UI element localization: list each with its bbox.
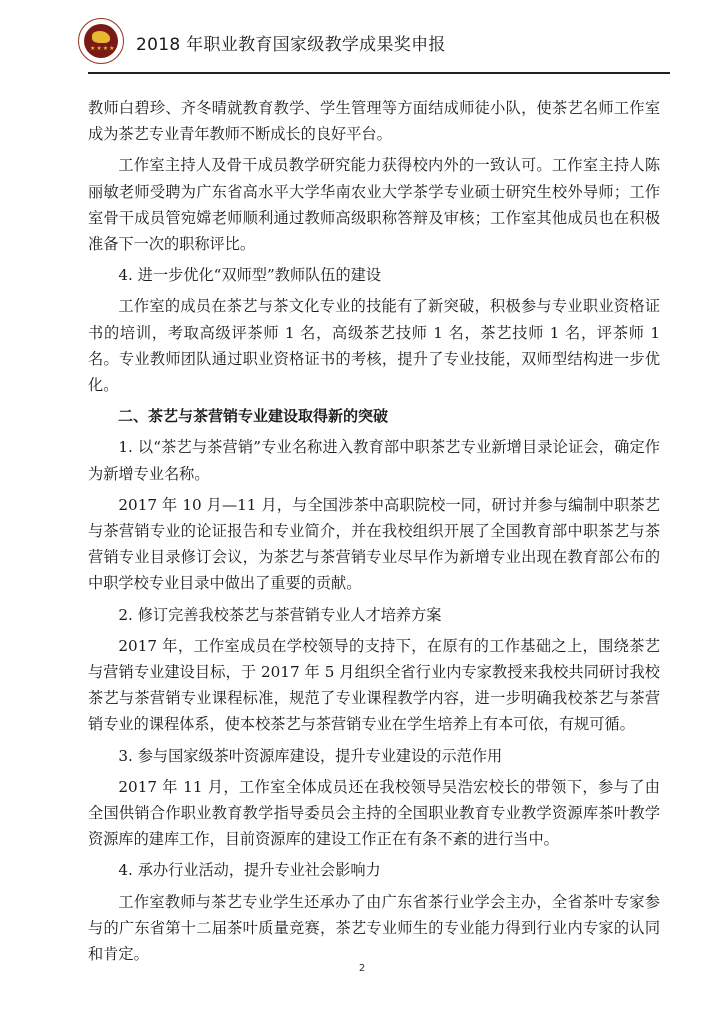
emblem-disc: ★★★★ [84,24,118,58]
subheading: 4. 承办行业活动，提升专业社会影响力 [88,857,660,883]
header-divider [88,72,670,74]
page-header: ★★★★ 2018 年职业教育国家级教学成果奖申报 [78,18,668,74]
paragraph-continuation: 教师白碧珍、齐冬晴就教育教学、学生管理等方面结成师徒小队，使茶艺名师工作室成为茶… [88,95,660,147]
document-title: 2018 年职业教育国家级教学成果奖申报 [136,30,446,55]
paragraph: 2017 年 11 月，工作室全体成员还在我校领导吴浩宏校长的带领下，参与了由全… [88,774,660,853]
subheading: 3. 参与国家级茶叶资源库建设，提升专业建设的示范作用 [88,743,660,769]
paragraph: 2017 年，工作室成员在学校领导的支持下，在原有的工作基础之上，围绕茶艺与营销… [88,633,660,738]
paragraph: 工作室的成员在茶艺与茶文化专业的技能有了新突破，积极参与专业职业资格证书的培训，… [88,293,660,398]
paragraph: 2017 年 10 月—11 月，与全国涉茶中高职院校一同，研讨并参与编制中职茶… [88,492,660,597]
paragraph: 工作室主持人及骨干成员教学研究能力获得校内外的一致认可。工作室主持人陈丽敏老师受… [88,152,660,257]
page-number: 2 [0,963,724,974]
subheading: 2. 修订完善我校茶艺与茶营销专业人才培养方案 [88,602,660,628]
stars-icon: ★★★★ [90,45,116,52]
subheading: 1. 以“茶艺与茶营销”专业名称进入教育部中职茶艺专业新增目录论证会，确定作为新… [88,434,660,486]
subheading: 4. 进一步优化“双师型”教师队伍的建设 [88,262,660,288]
horse-icon [92,31,110,43]
section-heading: 二、茶艺与茶营销专业建设取得新的突破 [88,403,660,429]
paragraph: 工作室教师与茶艺专业学生还承办了由广东省茶行业学会主办，全省茶叶专家参与的广东省… [88,889,660,968]
document-body: 教师白碧珍、齐冬晴就教育教学、学生管理等方面结成师徒小队，使茶艺名师工作室成为茶… [88,95,660,972]
school-emblem-icon: ★★★★ [78,18,124,64]
